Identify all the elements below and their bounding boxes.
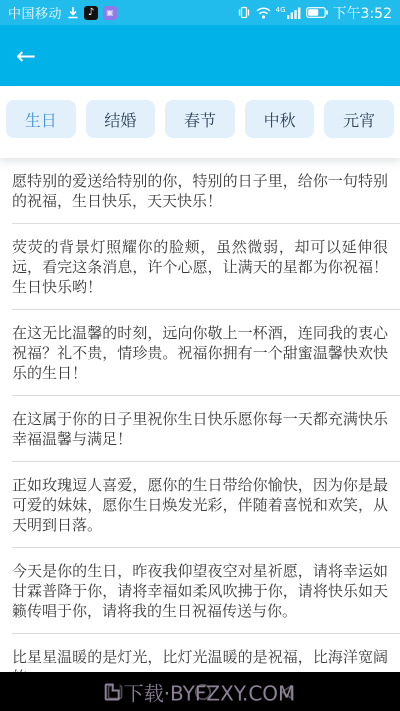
- download-icon: [67, 7, 79, 19]
- app-screen: 中国移动 ♪ ▣ 4G 下午3:52 ←: [0, 0, 400, 711]
- tab-mid-autumn[interactable]: 中秋: [245, 100, 315, 138]
- status-bar: 中国移动 ♪ ▣ 4G 下午3:52: [0, 0, 400, 25]
- wifi-icon: [256, 7, 271, 19]
- status-bar-right: 4G 下午3:52: [237, 3, 392, 23]
- greeting-message[interactable]: 今天是你的生日，昨夜我仰望夜空对星祈愿，请将幸运如甘霖普降于你，请将幸福如柔风吹…: [0, 548, 400, 634]
- tiktok-app-icon: ♪: [84, 6, 98, 20]
- greeting-message[interactable]: 荧荧的背景灯照耀你的脸颊，虽然微弱，却可以延伸很远，看完这条消息，许个心愿，让满…: [0, 224, 400, 310]
- status-bar-left: 中国移动 ♪ ▣: [8, 3, 117, 22]
- greeting-message[interactable]: 比星星温暖的是灯光，比灯光温暖的是祝福，比海洋宽阔的: [0, 634, 400, 672]
- tab-lantern[interactable]: 元宵: [324, 100, 394, 138]
- back-arrow-icon[interactable]: ←: [16, 44, 36, 68]
- network-type-label: 4G: [276, 7, 286, 14]
- category-tab-bar: 生日 结婚 春节 中秋 元宵: [0, 86, 400, 158]
- app-header: ←: [0, 25, 400, 86]
- back-triangle-icon[interactable]: [279, 684, 295, 700]
- tab-birthday[interactable]: 生日: [6, 100, 76, 138]
- greeting-message[interactable]: 正如玫瑰逗人喜爱，愿你的生日带给你愉快，因为你是最可爱的妹妹，愿你生日焕发光彩，…: [0, 462, 400, 548]
- greeting-message[interactable]: 愿特别的爱送给特别的你，特别的日子里，给你一句特别的祝福，生日快乐，天天快乐！: [0, 158, 400, 224]
- greeting-message-list[interactable]: 愿特别的爱送给特别的你，特别的日子里，给你一句特别的祝福，生日快乐，天天快乐！ …: [0, 158, 400, 672]
- purple-app-icon: ▣: [103, 6, 117, 20]
- recents-square-icon[interactable]: [107, 684, 123, 700]
- android-nav-bar: 下载·BYFZXY.COM: [0, 672, 400, 711]
- greeting-message[interactable]: 在这无比温馨的时刻，远向你敬上一杯酒，连同我的衷心祝福？礼不贵，情珍贵。祝福你拥…: [0, 310, 400, 396]
- signal-icon: 4G: [276, 7, 301, 19]
- tab-wedding[interactable]: 结婚: [86, 100, 156, 138]
- battery-icon: [306, 7, 328, 18]
- tab-spring-festival[interactable]: 春节: [165, 100, 235, 138]
- clock-label: 下午3:52: [333, 3, 392, 23]
- home-circle-icon[interactable]: [194, 683, 212, 701]
- greeting-message[interactable]: 在这属于你的日子里祝你生日快乐愿你每一天都充满快乐幸福温馨与满足！: [0, 396, 400, 462]
- carrier-label: 中国移动: [8, 3, 62, 22]
- vibrate-icon: [237, 6, 251, 19]
